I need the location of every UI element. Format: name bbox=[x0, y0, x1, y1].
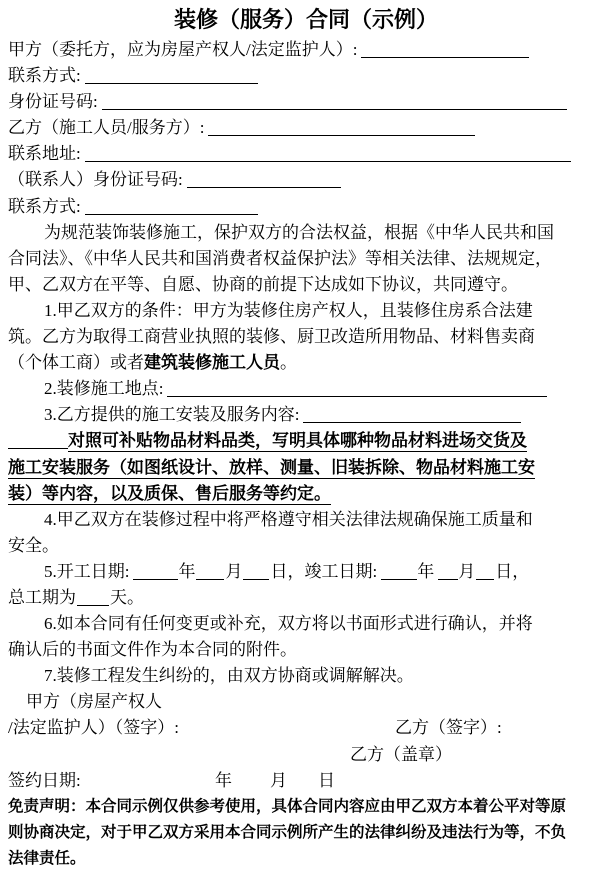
fill-blank-finish-month[interactable] bbox=[438, 577, 458, 580]
note-line-1-text: 对照可补贴物品材料品类，写明具体哪种物品材料进场交货及 bbox=[68, 431, 527, 452]
note-line-3: 装）等内容，以及质保、售后服务等约定。 bbox=[8, 481, 604, 507]
clause-5-total-unit: 天。 bbox=[110, 588, 144, 607]
field-line-address-b: 联系地址: bbox=[8, 141, 604, 167]
fill-blank-site[interactable] bbox=[167, 394, 547, 397]
clause-5-year-2: 年 bbox=[417, 562, 434, 581]
clause-1-line-1: 1.甲乙双方的条件：甲方为装修住房产权人，且装修住房系合法建 bbox=[8, 298, 604, 324]
field-line-id-a: 身份证号码: bbox=[8, 89, 604, 115]
clause-5-day-2: 日， bbox=[495, 562, 529, 581]
fill-blank-start-month[interactable] bbox=[196, 577, 224, 580]
clause-3-label: 3.乙方提供的施工安装及服务内容: bbox=[44, 405, 299, 424]
field-line-contact-person-id: （联系人）身份证号码: bbox=[8, 167, 604, 193]
clause-6-line-2: 确认后的书面文件作为本合同的附件。 bbox=[8, 637, 604, 663]
contract-document: 装修（服务）合同（示例） 甲方（委托方，应为房屋产权人/法定监护人）: 联系方式… bbox=[0, 0, 610, 873]
clause-3-line: 3.乙方提供的施工安装及服务内容: bbox=[8, 402, 604, 428]
clause-5-year-1: 年 bbox=[178, 562, 195, 581]
clause-5-month-1: 月 bbox=[225, 562, 242, 581]
note-line-2: 施工安装服务（如图纸设计、放样、测量、旧装拆除、物品材料施工安 bbox=[8, 455, 604, 481]
clause-5-day-1: 日， bbox=[270, 562, 304, 581]
fill-blank-service-content[interactable] bbox=[303, 420, 521, 423]
signature-party-a-line-2: /法定监护人）（签字）: bbox=[8, 718, 179, 737]
field-line-contact-a: 联系方式: bbox=[8, 63, 604, 89]
signing-date-line: 签约日期: 年 月 日 bbox=[8, 768, 604, 794]
preamble-line-1: 为规范装饰装修施工，保护双方的合法权益，根据《中华人民共和国 bbox=[8, 220, 604, 246]
fill-blank-start-year[interactable] bbox=[133, 577, 178, 580]
signature-row-sign: /法定监护人）（签字）: 乙方（签字）: bbox=[8, 715, 604, 741]
clause-7-line: 7.装修工程发生纠纷的，由双方协商或调解解决。 bbox=[8, 663, 604, 689]
signature-party-b-sign: 乙方（签字）: bbox=[395, 715, 502, 741]
signature-party-a-line-1: 甲方（房屋产权人 bbox=[8, 689, 604, 715]
clause-2-line: 2.装修施工地点: bbox=[8, 376, 604, 402]
fill-blank-note-lead[interactable] bbox=[8, 446, 68, 449]
clause-4-line-2: 安全。 bbox=[8, 533, 604, 559]
disclaimer-line-1: 免责声明：本合同示例仅供参考使用，具体合同内容应由甲乙双方本着公平对等原 bbox=[8, 794, 604, 820]
field-label-contact-b: 联系方式: bbox=[8, 197, 81, 216]
preamble-line-3: 甲、乙双方在平等、自愿、协商的前提下达成如下协议，共同遵守。 bbox=[8, 272, 604, 298]
fill-blank-id-a[interactable] bbox=[102, 107, 567, 110]
fill-blank-contact-b[interactable] bbox=[85, 212, 258, 215]
fill-blank-start-day[interactable] bbox=[243, 577, 269, 580]
fill-blank-total-days[interactable] bbox=[77, 603, 109, 606]
field-label-contact-person-id: （联系人）身份证号码: bbox=[8, 170, 183, 189]
fill-blank-party-a[interactable] bbox=[361, 55, 529, 58]
clause-1-line-2: 筑。乙方为取得工商营业执照的装修、厨卫改造所用物品、材料售卖商 bbox=[8, 324, 604, 350]
signing-date-day: 日 bbox=[318, 768, 335, 794]
field-line-party-b: 乙方（施工人员/服务方）: bbox=[8, 115, 604, 141]
note-line-2-text: 施工安装服务（如图纸设计、放样、测量、旧装拆除、物品材料施工安 bbox=[8, 458, 535, 479]
signing-date-year: 年 bbox=[215, 768, 232, 794]
bold-term-construction-personnel: 建筑装修施工人员 bbox=[144, 353, 280, 372]
disclaimer-line-2: 则协商决定，对于甲乙双方采用本合同示例所产生的法律纠纷及违法行为等，不负 bbox=[8, 820, 604, 846]
clause-1-line-3: （个体工商）或者建筑装修施工人员。 bbox=[8, 350, 604, 376]
fill-blank-finish-year[interactable] bbox=[381, 577, 417, 580]
signing-date-month: 月 bbox=[270, 768, 287, 794]
note-line-1: 对照可补贴物品材料品类，写明具体哪种物品材料进场交货及 bbox=[8, 428, 604, 454]
fill-blank-contact-a[interactable] bbox=[85, 81, 258, 84]
clause-2-label: 2.装修施工地点: bbox=[44, 379, 163, 398]
signature-row-seal: 乙方（盖章） bbox=[8, 742, 604, 768]
note-line-3-text: 装）等内容，以及质保、售后服务等约定。 bbox=[8, 484, 331, 505]
field-label-address-b: 联系地址: bbox=[8, 144, 81, 163]
preamble-line-2: 合同法》、《中华人民共和国消费者权益保护法》等相关法律、法规规定， bbox=[8, 246, 604, 272]
contract-title: 装修（服务）合同（示例） bbox=[8, 3, 604, 37]
clause-4-line-1: 4.甲乙双方在装修过程中将严格遵守相关法律法规确保施工质量和 bbox=[8, 507, 604, 533]
signing-date-label: 签约日期: bbox=[8, 771, 81, 790]
clause-6-line-1: 6.如本合同有任何变更或补充，双方将以书面形式进行确认，并将 bbox=[8, 611, 604, 637]
clause-5-month-2: 月 bbox=[458, 562, 475, 581]
field-line-contact-b: 联系方式: bbox=[8, 194, 604, 220]
clause-1-line-3-text: （个体工商）或者 bbox=[8, 353, 144, 372]
field-label-contact-a: 联系方式: bbox=[8, 66, 81, 85]
fill-blank-address-b[interactable] bbox=[85, 159, 571, 162]
field-label-party-b: 乙方（施工人员/服务方）: bbox=[8, 118, 204, 137]
field-line-party-a: 甲方（委托方，应为房屋产权人/法定监护人）: bbox=[8, 37, 604, 63]
fill-blank-party-b[interactable] bbox=[208, 133, 475, 136]
clause-1-line-3-period: 。 bbox=[280, 353, 297, 372]
clause-5-start-label: 5.开工日期: bbox=[44, 562, 129, 581]
clause-5-line-1: 5.开工日期:年月日，竣工日期:年月日， bbox=[8, 559, 604, 585]
fill-blank-finish-day[interactable] bbox=[476, 577, 494, 580]
field-label-id-a: 身份证号码: bbox=[8, 92, 98, 111]
disclaimer-line-3: 法律责任。 bbox=[8, 846, 604, 872]
field-label-party-a: 甲方（委托方，应为房屋产权人/法定监护人）: bbox=[8, 40, 357, 59]
clause-5-total-label: 总工期为 bbox=[8, 588, 76, 607]
clause-5-finish-label: 竣工日期: bbox=[304, 562, 377, 581]
fill-blank-contact-person-id[interactable] bbox=[187, 185, 341, 188]
signature-party-b-seal: 乙方（盖章） bbox=[350, 742, 452, 768]
clause-5-line-2: 总工期为天。 bbox=[8, 585, 604, 611]
